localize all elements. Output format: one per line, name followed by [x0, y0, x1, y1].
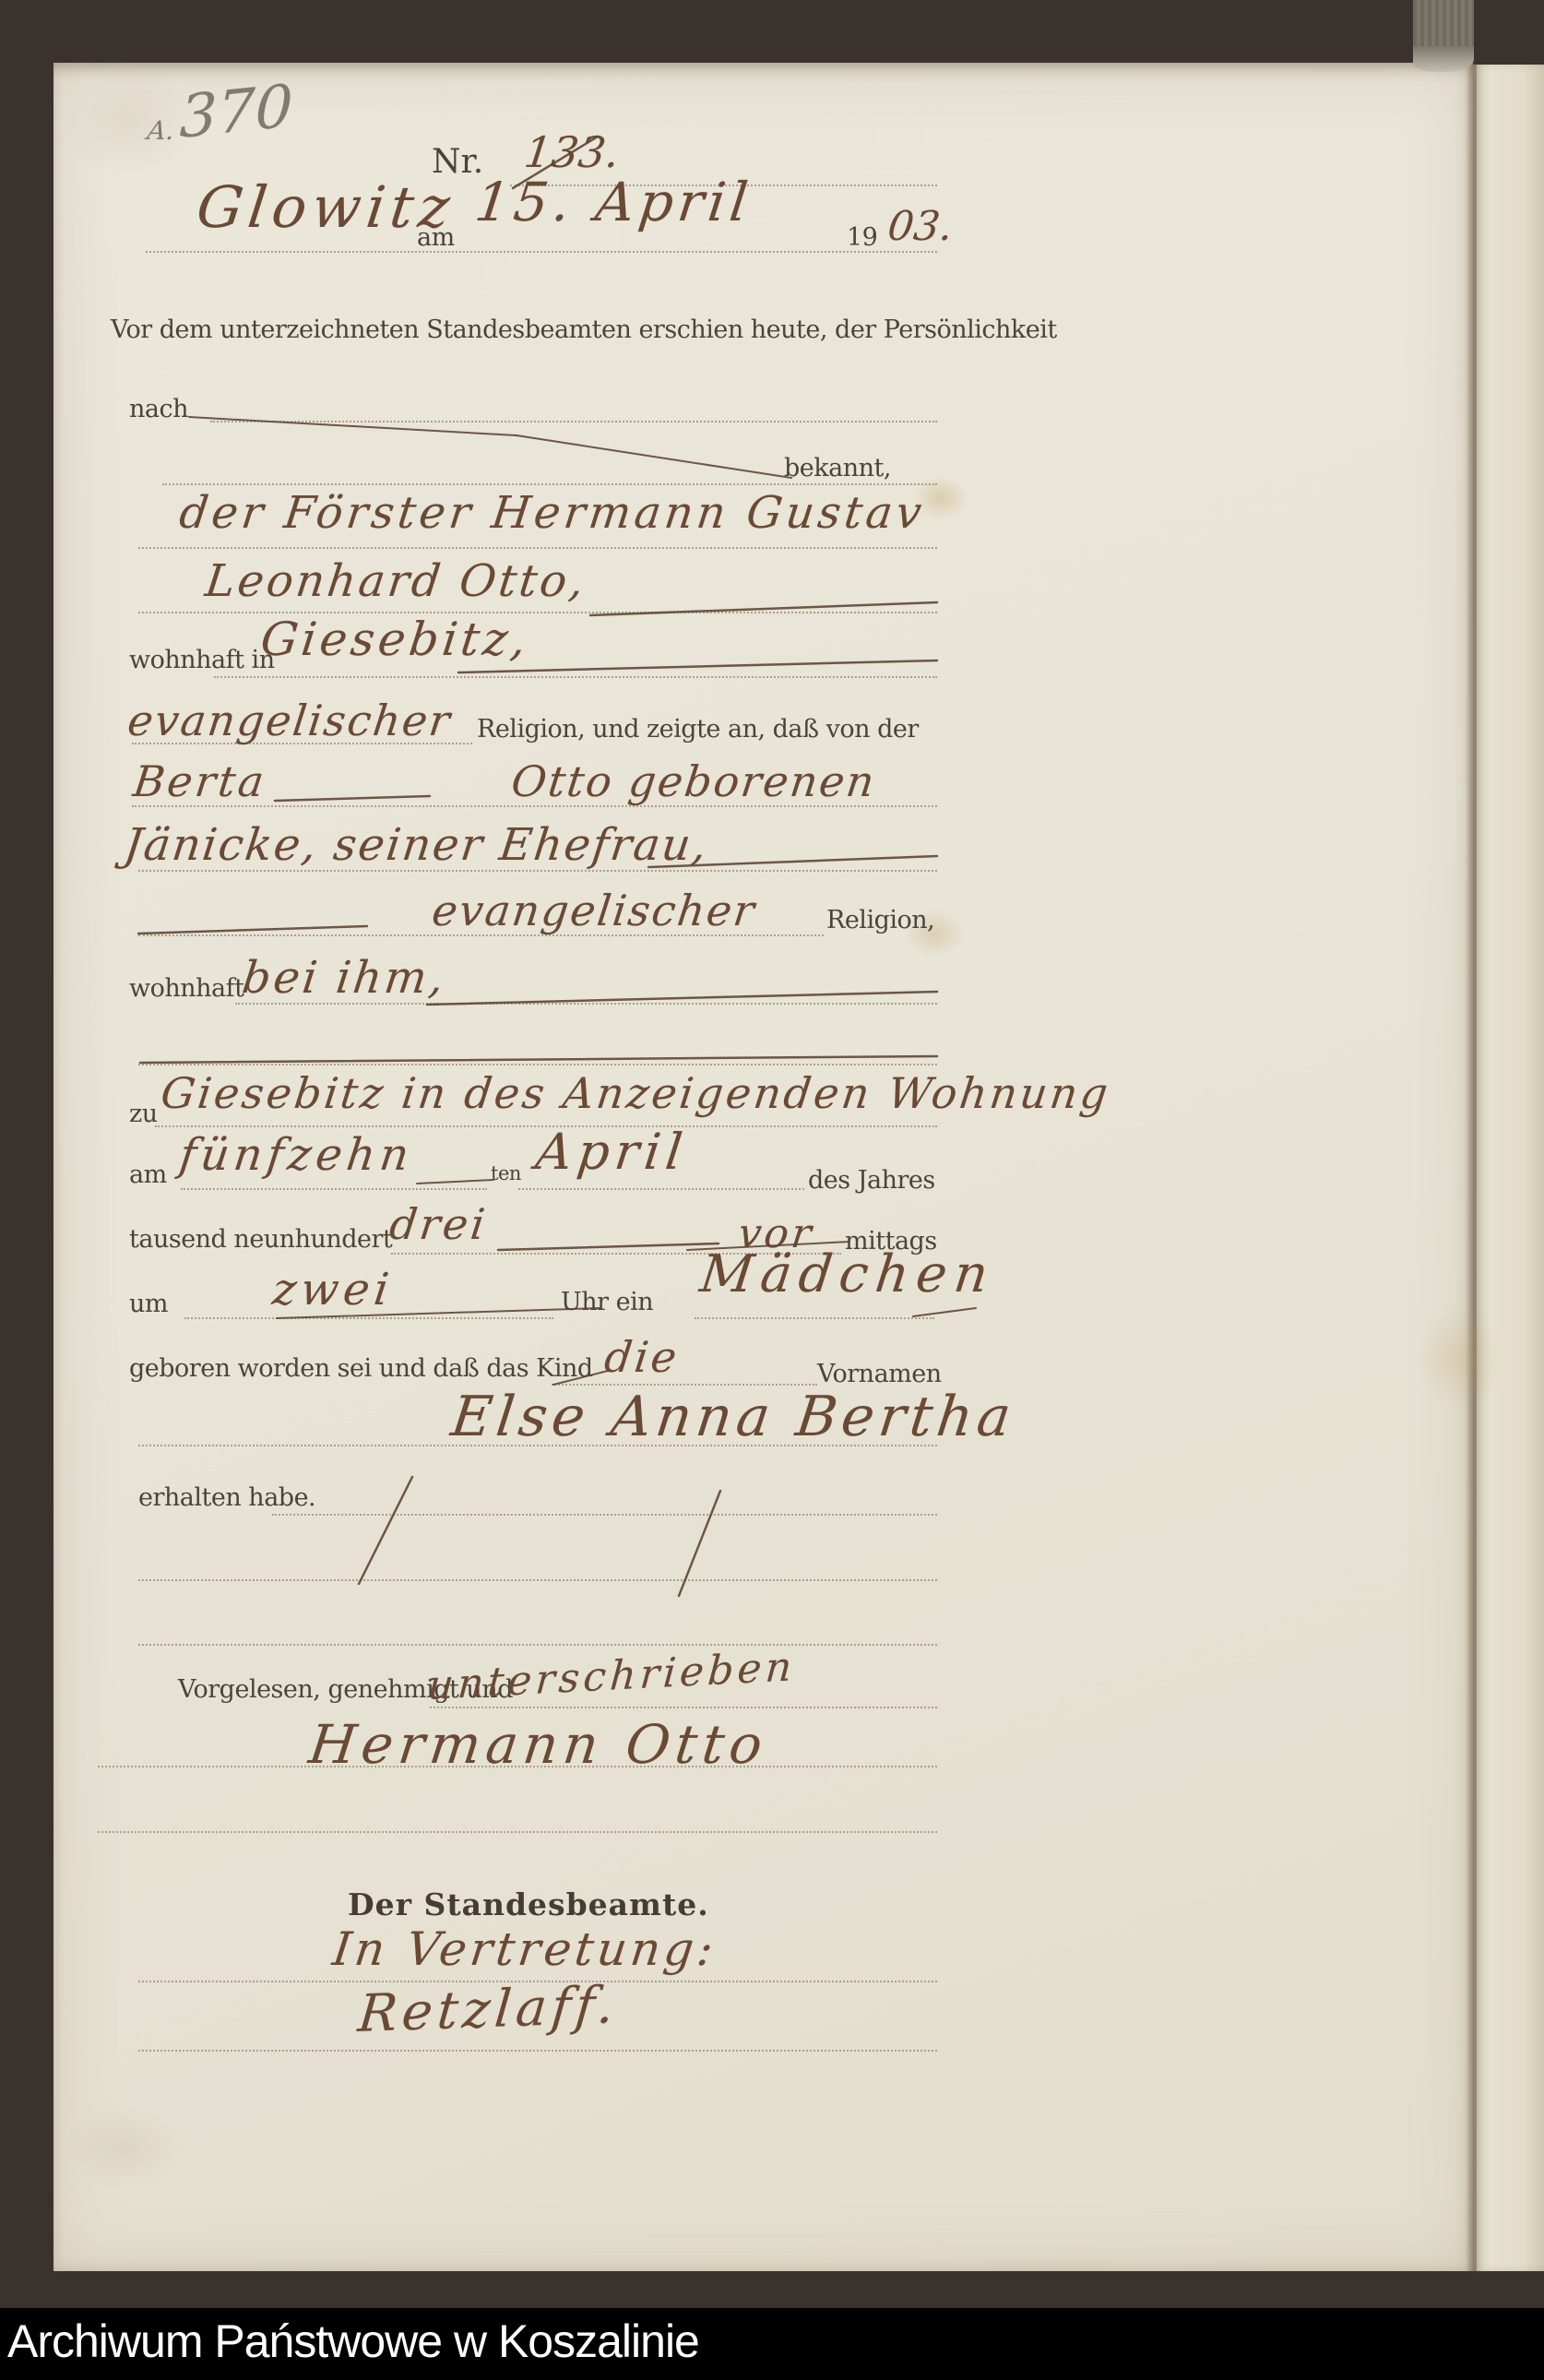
- mother-first-name: Berta: [131, 760, 269, 803]
- date-value: 15. April: [472, 175, 755, 229]
- religion2-value: evangelischer: [430, 889, 758, 932]
- ten-label: ten: [491, 1164, 521, 1184]
- archive-watermark-bar: Archiwum Państwowe w Koszalinie: [0, 2308, 1544, 2380]
- die-value: die: [602, 1336, 682, 1378]
- form-dotted-rule: [138, 1064, 937, 1065]
- des-jahres-label: des Jahres: [808, 1168, 935, 1193]
- year-printed: 19: [847, 225, 877, 250]
- scan-viewport: A. 370 Nr. 133. Glowitz am 15. April 19 …: [0, 0, 1544, 2380]
- form-dotted-rule: [430, 1707, 937, 1708]
- residence-value: Giesebitz,: [258, 616, 532, 662]
- mother-surname: Otto geborenen: [509, 760, 878, 803]
- form-dotted-rule: [138, 1644, 937, 1646]
- form-dotted-rule: [214, 676, 937, 678]
- form-dotted-rule: [138, 1579, 937, 1581]
- bekannt-label: bekannt,: [784, 456, 891, 481]
- form-dotted-rule: [181, 1188, 487, 1190]
- wohnhaft-in-label: wohnhaft in: [129, 648, 275, 672]
- geboren-line: geboren worden sei und daß das Kind: [129, 1356, 593, 1381]
- year-value: drei: [387, 1203, 490, 1245]
- vornamen-label: Vornamen: [817, 1362, 942, 1386]
- in-vertretung-line: In Vertretung:: [330, 1926, 719, 1972]
- wohnhaft-value: bei ihm,: [240, 956, 449, 1000]
- birthplace-line: Giesebitz in des Anzeigenden Wohnung: [159, 1072, 1113, 1114]
- registrar-signature: Retzlaff.: [356, 1980, 621, 2041]
- form-dotted-rule: [138, 547, 937, 549]
- uhr-ein-label: Uhr ein: [561, 1290, 653, 1315]
- gender-value: Mädchen: [697, 1249, 998, 1301]
- hour-value: zwei: [270, 1267, 396, 1312]
- form-dotted-rule: [146, 251, 937, 253]
- form-dotted-rule: [98, 1831, 937, 1833]
- form-dotted-rule: [138, 612, 937, 613]
- declarant-signature: Hermann Otto: [306, 1718, 771, 1771]
- form-dotted-rule: [695, 1317, 934, 1319]
- mother-line2: Jänicke, seiner Ehefrau,: [122, 823, 711, 867]
- am2-label: am: [129, 1162, 167, 1187]
- religion2-label: Religion,: [826, 908, 934, 933]
- intro-line: Vor dem unterzeichneten Standesbeamten e…: [111, 317, 1057, 342]
- month-value: April: [533, 1127, 691, 1177]
- form-dotted-rule: [518, 1188, 804, 1190]
- form-dotted-rule: [184, 1317, 553, 1319]
- bookmark-ribbon: [1413, 0, 1474, 48]
- am-label: am: [417, 225, 455, 250]
- pencil-annotation-prefix: A.: [146, 118, 176, 144]
- zu-label: zu: [129, 1101, 158, 1126]
- religion1-label: Religion, und zeigte an, daß von der: [477, 717, 919, 742]
- declarant-line2: Leonhard Otto,: [203, 559, 589, 603]
- um-label: um: [129, 1291, 168, 1316]
- page-fold-crease: [1466, 63, 1477, 2271]
- nr-value: 133.: [522, 131, 622, 173]
- declarant-line1: der Förster Hermann Gustav: [177, 491, 928, 535]
- form-dotted-rule: [210, 421, 937, 422]
- tausend-label: tausend neunhundert: [129, 1227, 392, 1252]
- form-dotted-rule: [162, 483, 937, 485]
- bookmark-ribbon-tip: [1413, 46, 1474, 72]
- next-page-edge: [1473, 65, 1544, 2271]
- religion1-value: evangelischer: [125, 699, 454, 742]
- form-dotted-rule: [138, 2050, 937, 2052]
- year-written: 03.: [885, 207, 955, 247]
- archive-watermark-text: Archiwum Państwowe w Koszalinie: [7, 2318, 699, 2364]
- erhalten-label: erhalten habe.: [138, 1485, 315, 1510]
- nach-label: nach: [129, 397, 188, 422]
- day-value: fünfzehn: [177, 1133, 416, 1177]
- wohnhaft-label: wohnhaft: [129, 976, 243, 1001]
- form-dotted-rule: [272, 1514, 937, 1516]
- pencil-annotation-number: 370: [179, 77, 293, 148]
- registrar-label: Der Standesbeamte.: [348, 1889, 709, 1920]
- child-name: Else Anna Bertha: [448, 1389, 1018, 1445]
